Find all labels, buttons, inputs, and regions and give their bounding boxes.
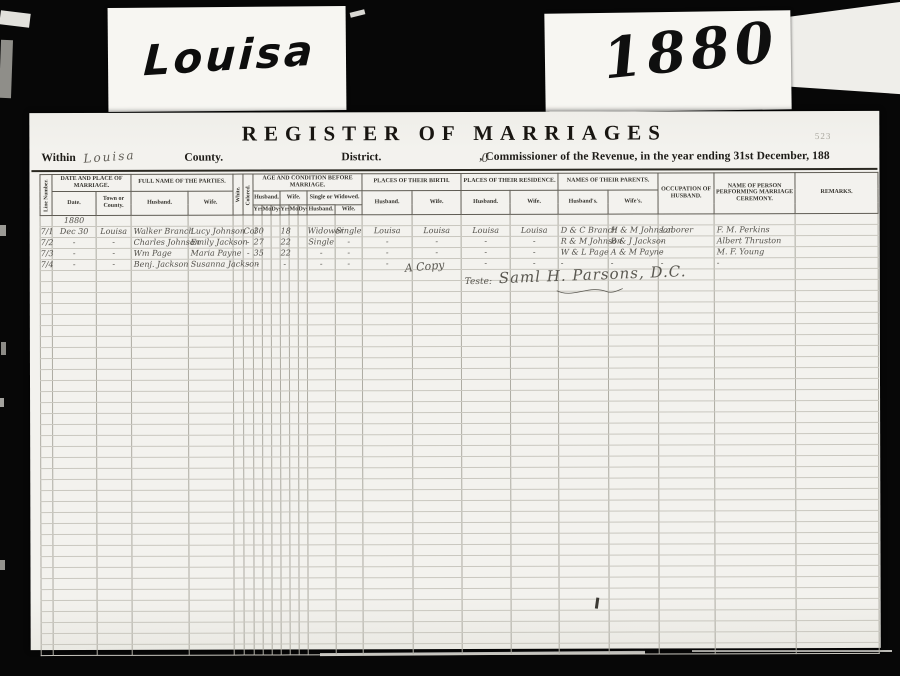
- cell-town: [96, 292, 131, 303]
- cell-h_dys: [272, 600, 281, 611]
- cell-white: [234, 501, 244, 512]
- cell-town: -: [96, 259, 131, 270]
- cell-white: [234, 556, 244, 567]
- cell-h_dys: [271, 303, 280, 314]
- cell-minister: [714, 323, 795, 334]
- cell-remarks: [796, 356, 879, 367]
- cell-town: [97, 457, 132, 468]
- cell-minister: F. M. Perkins: [714, 224, 795, 235]
- cell-h_yrs: [253, 281, 262, 292]
- page-title: REGISTER OF MARRIAGES: [29, 120, 879, 147]
- cell-no: [40, 270, 52, 281]
- cell-date: [53, 413, 97, 424]
- col-h-dys: Dys.: [271, 205, 280, 215]
- attestation: A Copy Teste: Saml H. Parsons, D.C.: [405, 259, 705, 312]
- cell-minister: [715, 455, 796, 466]
- cell-birth_w: Louisa: [412, 225, 461, 236]
- cell-town: [97, 633, 132, 644]
- cell-h_yrs: [254, 501, 263, 512]
- cell-h_mos: [263, 402, 272, 413]
- cell-w_dys: [299, 611, 308, 622]
- cell-wife: [189, 435, 234, 446]
- cell-remarks: [796, 422, 879, 433]
- cell-occupation: Laborer: [658, 225, 714, 236]
- cell-w_mos: [289, 347, 298, 358]
- cell-birth_h: [363, 456, 413, 467]
- cell-date: [52, 314, 96, 325]
- scan-artifact: [0, 560, 5, 570]
- cell-date: [53, 534, 97, 545]
- cell-w_yrs: [280, 380, 289, 391]
- cell-colored: [243, 215, 253, 226]
- cell-minister: [715, 532, 796, 543]
- cell-par_w: [609, 434, 659, 445]
- cell-birth_w: [413, 566, 462, 577]
- cell-h_dys: [271, 259, 280, 270]
- cell-date: [53, 578, 97, 589]
- cell-h_dys: [272, 391, 281, 402]
- cell-occupation: [659, 522, 715, 533]
- cell-w_yrs: [280, 358, 289, 369]
- cell-minister: [715, 466, 796, 477]
- cell-sw_w: [336, 457, 363, 468]
- cell-no: [41, 578, 53, 589]
- cell-husband: [131, 292, 188, 303]
- cell-sw_w: [336, 413, 363, 424]
- cell-w_mos: [289, 270, 298, 281]
- cell-res_h: -: [461, 247, 510, 258]
- cell-occupation: [659, 643, 715, 654]
- cell-minister: [714, 301, 795, 312]
- cell-white: [234, 644, 244, 655]
- cell-w_mos: [290, 402, 299, 413]
- cell-w_mos: [290, 512, 299, 523]
- year-digit-handwritten: 0: [481, 151, 489, 165]
- cell-no: 7/2: [40, 237, 52, 248]
- cell-par_h: [558, 214, 608, 225]
- cell-colored: [244, 424, 254, 435]
- cell-date: Dec 30: [52, 226, 96, 237]
- cell-sw_h: [308, 402, 336, 413]
- cell-sw_w: [336, 644, 363, 655]
- cell-town: Louisa: [96, 226, 131, 237]
- cell-husband: Wm Page: [131, 248, 188, 259]
- cell-town: [97, 578, 132, 589]
- cell-h_mos: [263, 622, 272, 633]
- cell-sw_w: [335, 215, 362, 226]
- cell-sw_h: [307, 347, 335, 358]
- cell-h_mos: [262, 380, 271, 391]
- cell-town: [97, 468, 132, 479]
- cell-birth_h: Louisa: [362, 225, 412, 236]
- cell-h_yrs: [254, 589, 263, 600]
- cell-birth_h: [363, 610, 413, 621]
- cell-par_w: [609, 522, 659, 533]
- cell-res_w: [511, 643, 559, 654]
- cell-sw_w: [336, 435, 363, 446]
- cell-h_dys: [271, 347, 280, 358]
- cell-remarks: [796, 488, 879, 499]
- cell-h_dys: [271, 292, 280, 303]
- cell-remarks: [795, 290, 878, 301]
- cell-sw_w: [336, 391, 363, 402]
- cell-h_dys: [271, 380, 280, 391]
- cell-remarks: [796, 521, 879, 532]
- cell-white: [234, 523, 244, 534]
- cell-date: [52, 303, 96, 314]
- cell-w_dys: [299, 457, 308, 468]
- cell-res_w: [511, 379, 559, 390]
- cell-occupation: [659, 555, 715, 566]
- cell-par_h: [559, 489, 609, 500]
- cell-res_h: [461, 214, 510, 225]
- cell-par_h: [559, 610, 609, 621]
- cell-h_mos: [263, 391, 272, 402]
- cell-town: [96, 336, 131, 347]
- cell-h_dys: [272, 523, 281, 534]
- cell-minister: [715, 433, 796, 444]
- cell-par_h: [559, 599, 609, 610]
- cell-w_mos: [290, 391, 299, 402]
- cell-h_yrs: [254, 611, 263, 622]
- cell-date: -: [52, 237, 96, 248]
- cell-w_yrs: [281, 402, 290, 413]
- cell-par_h: [559, 368, 609, 379]
- cell-colored: [243, 281, 253, 292]
- cell-par_w: [609, 412, 659, 423]
- cell-husband: [132, 556, 189, 567]
- col-group-age-condition: AGE AND CONDITION BEFORE MARRIAGE.: [253, 174, 362, 191]
- cell-birth_h: -: [362, 247, 412, 258]
- cell-par_w: [609, 368, 659, 379]
- cell-par_h: W & L Page: [558, 247, 608, 258]
- cell-remarks: [795, 301, 878, 312]
- attestation-prefix: A Copy: [404, 258, 445, 275]
- cell-husband: [132, 512, 189, 523]
- cell-husband: [131, 325, 188, 336]
- cell-res_w: [510, 313, 558, 324]
- cell-sw_h: [308, 457, 336, 468]
- cell-res_w: [511, 401, 559, 412]
- cell-res_w: [510, 346, 558, 357]
- cell-town: [97, 622, 132, 633]
- cell-sw_h: [308, 578, 336, 589]
- cell-res_h: -: [461, 236, 510, 247]
- cell-town: [97, 490, 132, 501]
- cell-res_h: [462, 401, 511, 412]
- cell-sw_h: [308, 611, 336, 622]
- cell-w_yrs: [281, 633, 290, 644]
- cell-w_dys: [299, 413, 308, 424]
- cell-birth_w: [413, 478, 462, 489]
- col-h-yrs: Yrs.: [253, 205, 262, 215]
- cell-white: [234, 479, 244, 490]
- cell-husband: [131, 347, 188, 358]
- cell-birth_w: [413, 412, 462, 423]
- cell-birth_w: [413, 401, 462, 412]
- cell-date: [53, 468, 97, 479]
- clerk-signature: Saml H. Parsons, D.C.: [498, 262, 686, 287]
- cell-colored: [244, 567, 254, 578]
- cell-date: [53, 402, 97, 413]
- cell-no: [41, 424, 53, 435]
- cell-town: [97, 600, 132, 611]
- cell-par_h: [559, 544, 609, 555]
- cell-par_h: [559, 533, 609, 544]
- cell-birth_w: [413, 544, 462, 555]
- cell-sw_w: [336, 534, 363, 545]
- col-sw-wife: Wife.: [335, 205, 362, 215]
- cell-res_h: [462, 456, 511, 467]
- cell-date: [53, 600, 97, 611]
- cell-h_yrs: [254, 644, 263, 655]
- cell-w_mos: [290, 523, 299, 534]
- cell-w_yrs: [281, 545, 290, 556]
- cell-sw_h: [308, 391, 336, 402]
- cell-remarks: [796, 345, 879, 356]
- cell-colored: [244, 501, 254, 512]
- cell-husband: [131, 369, 188, 380]
- cell-w_dys: [299, 633, 308, 644]
- cell-w_dys: [299, 468, 308, 479]
- cell-colored: [244, 611, 254, 622]
- cell-remarks: [796, 598, 879, 609]
- cell-h_mos: [262, 303, 271, 314]
- cell-par_w: [608, 313, 658, 324]
- col-residence-husband: Husband.: [461, 190, 510, 214]
- cell-colored: [244, 545, 254, 556]
- cell-sw_w: [336, 578, 363, 589]
- cell-town: [97, 611, 132, 622]
- cell-white: [233, 358, 243, 369]
- cell-birth_h: [363, 643, 413, 654]
- cell-sw_w: [336, 402, 363, 413]
- cell-res_w: [511, 544, 559, 555]
- cell-colored: [244, 600, 254, 611]
- cell-sw_h: [308, 413, 336, 424]
- cell-w_dys: [299, 545, 308, 556]
- cell-wife: [188, 270, 233, 281]
- cell-minister: [715, 554, 796, 565]
- cell-town: [97, 402, 132, 413]
- cell-birth_w: [413, 577, 462, 588]
- cell-date: [53, 523, 97, 534]
- cell-w_yrs: [281, 589, 290, 600]
- cell-w_yrs: [281, 501, 290, 512]
- cell-white: [233, 303, 243, 314]
- cell-date: [52, 380, 96, 391]
- cell-sw_h: [308, 446, 336, 457]
- cell-occupation: [659, 566, 715, 577]
- cell-res_h: [462, 357, 511, 368]
- cell-sw_h: [307, 336, 335, 347]
- cell-remarks: [796, 543, 879, 554]
- cell-date: [53, 490, 97, 501]
- cell-husband: [132, 435, 189, 446]
- cell-wife: [189, 567, 234, 578]
- cell-w_mos: [289, 336, 298, 347]
- cell-par_h: [559, 566, 609, 577]
- cell-white: [234, 457, 244, 468]
- cell-par_h: [559, 632, 609, 643]
- cell-w_mos: [290, 413, 299, 424]
- cell-w_dys: [299, 578, 308, 589]
- cell-husband: [132, 501, 189, 512]
- cell-colored: [244, 644, 254, 655]
- cell-birth_h: [363, 544, 413, 555]
- cell-colored: [244, 391, 254, 402]
- cell-par_w: [609, 555, 659, 566]
- cell-res_w: Louisa: [510, 225, 558, 236]
- cell-w_yrs: [281, 457, 290, 468]
- cell-h_yrs: [253, 380, 262, 391]
- cell-minister: [715, 642, 796, 653]
- cell-husband: [131, 215, 188, 226]
- cell-sw_w: [336, 600, 363, 611]
- cell-sw_w: [336, 589, 363, 600]
- cell-no: [41, 633, 53, 644]
- cell-wife: [189, 611, 234, 622]
- cell-sw_h: [307, 215, 335, 226]
- cell-h_yrs: [253, 369, 262, 380]
- cell-white: [234, 435, 244, 446]
- cell-par_w: [609, 423, 659, 434]
- cell-date: [53, 622, 97, 633]
- cell-par_h: [559, 423, 609, 434]
- cell-w_dys: [298, 292, 307, 303]
- cell-h_mos: [262, 347, 271, 358]
- cell-date: [53, 435, 97, 446]
- col-remarks: REMARKS.: [795, 172, 878, 213]
- col-birth-wife: Wife.: [412, 190, 461, 214]
- cell-remarks: [796, 455, 879, 466]
- cell-white: [233, 336, 243, 347]
- cell-colored: [244, 490, 254, 501]
- cell-h_yrs: [254, 512, 263, 523]
- cell-par_w: [609, 489, 659, 500]
- cell-birth_w: -: [412, 247, 461, 258]
- cell-occupation: [658, 313, 714, 324]
- cell-par_w: [609, 533, 659, 544]
- cell-minister: [715, 499, 796, 510]
- district-label: District.: [341, 151, 381, 163]
- cell-w_dys: [299, 556, 308, 567]
- cell-w_yrs: -: [280, 259, 289, 270]
- cell-sw_h: Widower: [307, 226, 335, 237]
- cell-no: [40, 215, 52, 226]
- cell-no: [40, 358, 52, 369]
- cell-minister: -: [714, 257, 795, 268]
- cell-w_dys: [299, 589, 308, 600]
- cell-colored: [243, 358, 253, 369]
- header-row-groups: Line Number. DATE AND PLACE OF MARRIAGE.…: [40, 172, 878, 191]
- cell-wife: [189, 589, 234, 600]
- cell-h_yrs: 27: [253, 237, 262, 248]
- cell-w_mos: [290, 600, 299, 611]
- cell-w_dys: [298, 281, 307, 292]
- cell-no: [40, 325, 52, 336]
- cell-h_mos: [262, 270, 271, 281]
- cell-res_h: [462, 621, 511, 632]
- cell-birth_h: [363, 511, 413, 522]
- cell-res_h: [462, 599, 511, 610]
- cell-res_w: -: [510, 236, 558, 247]
- cell-no: [41, 600, 53, 611]
- cell-minister: [715, 510, 796, 521]
- cell-birth_w: [413, 467, 462, 478]
- cell-no: [41, 468, 53, 479]
- cell-wife: [189, 633, 234, 644]
- cell-wife: [189, 479, 234, 490]
- cell-date: [53, 633, 97, 644]
- cell-h_yrs: [254, 545, 263, 556]
- cell-w_yrs: [281, 578, 290, 589]
- cell-town: [96, 358, 131, 369]
- cell-white: [233, 325, 243, 336]
- cell-town: [96, 347, 131, 358]
- cell-res_h: [461, 346, 510, 357]
- cell-husband: [132, 611, 189, 622]
- cell-h_dys: [272, 567, 281, 578]
- cell-w_yrs: [281, 611, 290, 622]
- cell-w_yrs: [280, 347, 289, 358]
- cell-h_mos: [263, 501, 272, 512]
- cell-white: [234, 578, 244, 589]
- cell-h_dys: [272, 611, 281, 622]
- cell-sw_w: [336, 479, 363, 490]
- cell-town: [97, 501, 132, 512]
- cell-w_mos: [290, 622, 299, 633]
- cell-par_w: [609, 401, 659, 412]
- cell-colored: [244, 523, 254, 534]
- cell-birth_h: [363, 533, 413, 544]
- cell-sw_w: [336, 567, 363, 578]
- cell-h_dys: [272, 457, 281, 468]
- cell-town: [96, 369, 131, 380]
- cell-husband: [132, 424, 189, 435]
- cell-res_w: [511, 621, 559, 632]
- cell-w_yrs: [280, 303, 289, 314]
- cell-white: [234, 589, 244, 600]
- cell-w_mos: [290, 556, 299, 567]
- cell-occupation: [659, 577, 715, 588]
- cell-par_h: [558, 346, 608, 357]
- cell-minister: [715, 598, 796, 609]
- cell-white: [234, 534, 244, 545]
- cell-minister: [715, 444, 796, 455]
- cell-res_h: [462, 478, 511, 489]
- col-age-wife: Wife.: [280, 191, 307, 205]
- cell-remarks: [796, 477, 879, 488]
- cell-birth_w: [413, 390, 462, 401]
- cell-minister: [715, 488, 796, 499]
- cell-wife: [189, 490, 234, 501]
- cell-birth_w: [412, 324, 461, 335]
- cell-birth_w: [413, 445, 462, 456]
- cell-sw_h: [307, 325, 335, 336]
- cell-par_w: [609, 478, 659, 489]
- cell-h_dys: [271, 281, 280, 292]
- cell-w_yrs: 18: [280, 226, 289, 237]
- cell-minister: [715, 356, 796, 367]
- cell-town: [97, 644, 132, 655]
- cell-sw_w: -: [335, 237, 362, 248]
- cell-birth_w: [413, 489, 462, 500]
- cell-occupation: [659, 368, 715, 379]
- col-parents-husband: Husband's.: [558, 190, 608, 214]
- cell-husband: [132, 622, 189, 633]
- cell-res_h: [462, 467, 511, 478]
